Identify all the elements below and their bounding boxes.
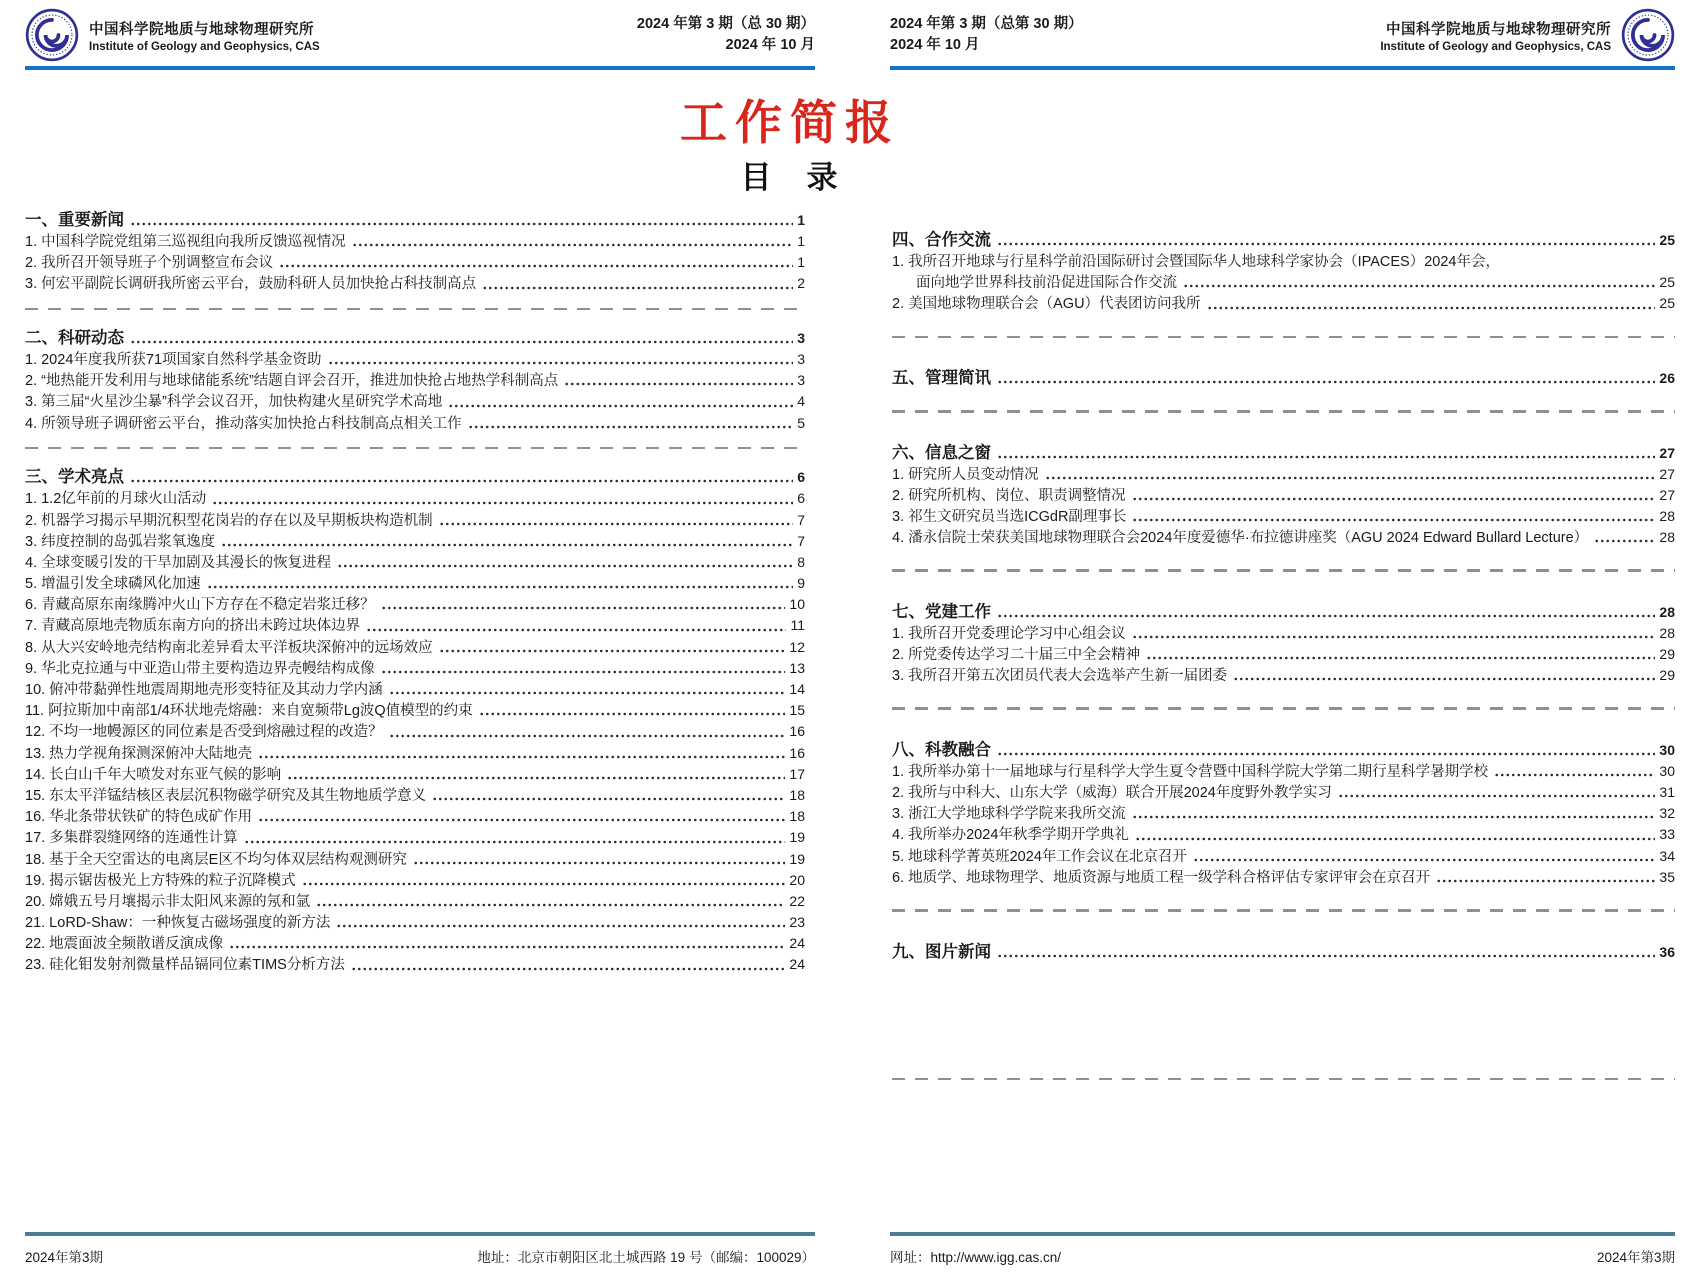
toc-entry: 6. 青藏高原东南缘腾冲火山下方存在不稳定岩浆迁移？10	[25, 593, 805, 614]
toc-entry-title: 21. LoRD-Shaw：一种恢复古磁场强度的新方法	[25, 911, 330, 932]
toc-entry: 4. 潘永信院士荣获美国地球物理联合会2024年度爱德华·布拉德讲座奖（AGU …	[892, 526, 1675, 547]
section-divider	[25, 308, 805, 311]
toc-entry: 13. 热力学视角探测深俯冲大陆地壳16	[25, 742, 805, 763]
toc-entry: 2. 所党委传达学习二十届三中全会精神29	[892, 643, 1675, 664]
page-number: 27	[1659, 466, 1675, 482]
toc-entry: 2. 机器学习揭示早期沉积型花岗岩的存在以及早期板块构造机制7	[25, 509, 805, 530]
dot-leader	[1207, 306, 1656, 310]
dot-leader	[1132, 497, 1656, 501]
toc-section-heading: 四、合作交流25	[892, 226, 1675, 250]
section-divider	[892, 1078, 1675, 1081]
toc-entry-title: 13. 热力学视角探测深俯冲大陆地壳	[25, 742, 252, 763]
dot-leader	[997, 455, 1655, 459]
dot-leader	[221, 543, 793, 547]
toc-entry-title: 1. 我所举办第十一届地球与行星科学大学生夏令营暨中国科学院大学第二期行星科学暑…	[892, 760, 1488, 781]
toc-entry-title: 12. 不均一地幔源区的同位素是否受到熔融过程的改造？	[25, 720, 383, 741]
dot-leader	[316, 903, 785, 907]
dot-leader	[1594, 539, 1655, 543]
dot-leader	[997, 242, 1655, 246]
page-number: 24	[789, 956, 805, 972]
page-number: 16	[789, 745, 805, 761]
toc-entry-title: 4. 我所举办2024年秋季学期开学典礼	[892, 823, 1129, 844]
toc-entry-title: 2. 美国地球物理联合会（AGU）代表团访问我所	[892, 292, 1201, 313]
toc-entry: 2. “地热能开发利用与地球储能系统”结题自评会召开，推进加快抢占地热学科制高点…	[25, 369, 805, 390]
toc-entry: 5. 增温引发全球磷风化加速9	[25, 572, 805, 593]
page-number: 18	[789, 808, 805, 824]
toc-entry: 5. 地球科学菁英班2024年工作会议在北京召开34	[892, 845, 1675, 866]
dot-leader	[468, 425, 794, 429]
bulletin-title: 工作简报	[0, 86, 1580, 153]
toc-entry-title: 七、党建工作	[892, 598, 991, 622]
page-number: 28	[1659, 529, 1675, 545]
toc-entry-title: 22. 地震面波全频散谱反演成像	[25, 932, 223, 953]
issue-number: 2024 年第 3 期（总第 30 期）	[890, 14, 1083, 35]
dot-leader	[439, 649, 786, 653]
page-number: 30	[1659, 742, 1675, 758]
toc-entry: 2. 我所召开领导班子个别调整宣布会议1	[25, 251, 805, 272]
dot-leader	[279, 264, 793, 268]
toc-entry: 4. 所领导班子调研密云平台，推动落实加快抢占科技制高点相关工作5	[25, 412, 805, 433]
toc-entry-title: 1. 中国科学院党组第三巡视组向我所反馈巡视情况	[25, 230, 346, 251]
toc-entry-title: 15. 东太平洋锰结核区表层沉积物磁学研究及其生物地质学意义	[25, 784, 426, 805]
toc-entry-title: 2. 研究所机构、岗位、职责调整情况	[892, 484, 1126, 505]
toc-entry: 1. 我所召开地球与行星科学前沿国际研讨会暨国际华人地球科学家协会（IPACES…	[892, 250, 1675, 271]
page-number: 25	[1659, 295, 1675, 311]
page-number: 28	[1659, 604, 1675, 620]
page-number: 1	[797, 254, 805, 270]
page-number: 11	[790, 617, 805, 633]
page-number: 1	[797, 212, 805, 228]
page-number: 12	[789, 639, 805, 655]
dot-leader	[389, 691, 786, 695]
toc-entry: 4. 我所举办2024年秋季学期开学典礼33	[892, 823, 1675, 844]
page-number: 2	[797, 275, 805, 291]
toc-entry-title: 四、合作交流	[892, 226, 991, 250]
page-number: 19	[789, 851, 805, 867]
institute-name-cn: 中国科学院地质与地球物理研究所	[89, 18, 320, 39]
toc-entry: 2. 我所与中科大、山东大学（威海）联合开展2024年度野外教学实习31	[892, 781, 1675, 802]
dot-leader	[1193, 858, 1656, 862]
toc-entry: 3. 何宏平副院长调研我所密云平台，鼓励科研人员加快抢占科技制高点2	[25, 272, 805, 293]
dot-leader	[432, 797, 785, 801]
toc-entry: 20. 嫦娥五号月壤揭示非太阳风来源的氖和氩22	[25, 890, 805, 911]
institute-names: 中国科学院地质与地球物理研究所 Institute of Geology and…	[89, 18, 320, 53]
page-left-header: 中国科学院地质与地球物理研究所 Institute of Geology and…	[25, 8, 815, 62]
institute-name-en: Institute of Geology and Geophysics, CAS	[89, 41, 320, 53]
footer-website-link[interactable]: 网址：http://www.igg.cas.cn/	[890, 1246, 1061, 1266]
dot-leader	[287, 776, 785, 780]
toc-entry-title: 三、学术亮点	[25, 463, 124, 487]
toc-section-heading: 三、学术亮点6	[25, 463, 805, 487]
page-number: 19	[789, 829, 805, 845]
toc-entry: 4. 全球变暖引发的干旱加剧及其漫长的恢复进程8	[25, 551, 805, 572]
toc-entry-title: 3. 何宏平副院长调研我所密云平台，鼓励科研人员加快抢占科技制高点	[25, 272, 476, 293]
toc-column-right: 四、合作交流251. 我所召开地球与行星科学前沿国际研讨会暨国际华人地球科学家协…	[892, 200, 1675, 1106]
page-number: 5	[797, 415, 805, 431]
toc-entry: 23. 硅化钼发射剂微量样品镉同位素TIMS分析方法24	[25, 953, 805, 974]
section-divider	[892, 410, 1675, 413]
institute-logo-icon	[1621, 8, 1675, 62]
page-number: 10	[789, 596, 805, 612]
dot-leader	[229, 945, 785, 949]
toc-heading: 目 录	[0, 152, 1580, 197]
page-number: 25	[1659, 232, 1675, 248]
toc-entry: 3. 祁生文研究员当选ICGdR副理事长28	[892, 505, 1675, 526]
page-right-header: 2024 年第 3 期（总第 30 期） 2024 年 10 月 中国科学院地质…	[890, 8, 1675, 62]
dot-leader	[997, 380, 1655, 384]
toc-entry-title: 1. 我所召开地球与行星科学前沿国际研讨会暨国际华人地球科学家协会（IPACES…	[892, 250, 1500, 271]
toc-section-heading: 九、图片新闻36	[892, 938, 1675, 962]
page-number: 3	[797, 351, 805, 367]
toc-entry-title: 5. 增温引发全球磷风化加速	[25, 572, 201, 593]
toc-entry-title: 7. 青藏高原地壳物质东南方向的挤出未跨过块体边界	[25, 614, 360, 635]
section-divider	[25, 447, 805, 450]
page-number: 28	[1659, 508, 1675, 524]
page-number: 7	[797, 512, 805, 528]
dot-leader	[1436, 879, 1655, 883]
dot-leader	[381, 670, 786, 674]
section-divider	[892, 569, 1675, 572]
issue-number: 2024 年第 3 期（总 30 期）	[637, 14, 815, 35]
toc-entry-title: 八、科教融合	[892, 736, 991, 760]
issue-date: 2024 年 10 月	[637, 35, 815, 56]
toc-entry: 2. 研究所机构、岗位、职责调整情况27	[892, 484, 1675, 505]
page-number: 7	[797, 533, 805, 549]
dot-leader	[389, 734, 786, 738]
dot-leader	[258, 818, 785, 822]
header-rule-right	[890, 66, 1675, 70]
page-number: 32	[1659, 805, 1675, 821]
toc-entry: 14. 长白山千年大喷发对东亚气候的影响17	[25, 763, 805, 784]
toc-entry: 2. 美国地球物理联合会（AGU）代表团访问我所25	[892, 292, 1675, 313]
institute-logo-icon	[25, 8, 79, 62]
toc-entry-title: 18. 基于全天空雷达的电离层E区不均匀体双层结构观测研究	[25, 848, 407, 869]
toc-entry-title: 14. 长白山千年大喷发对东亚气候的影响	[25, 763, 281, 784]
institute-identity: 中国科学院地质与地球物理研究所 Institute of Geology and…	[25, 8, 320, 62]
toc-entry-title: 一、重要新闻	[25, 206, 124, 230]
toc-section-heading: 二、科研动态3	[25, 324, 805, 348]
page-number: 33	[1659, 826, 1675, 842]
toc-entry-title: 六、信息之窗	[892, 439, 991, 463]
toc-section-heading: 七、党建工作28	[892, 598, 1675, 622]
page-number: 29	[1659, 646, 1675, 662]
institute-identity: 中国科学院地质与地球物理研究所 Institute of Geology and…	[1380, 8, 1675, 62]
dot-leader	[482, 286, 793, 290]
dot-leader	[1132, 635, 1656, 639]
page-number: 23	[789, 914, 805, 930]
dot-leader	[997, 752, 1655, 756]
toc-entry-title: 16. 华北条带状铁矿的特色成矿作用	[25, 805, 252, 826]
dot-leader	[130, 222, 793, 226]
dot-leader	[302, 882, 786, 886]
header-rule-left	[25, 66, 815, 70]
dot-leader	[207, 585, 794, 589]
toc-section-heading: 一、重要新闻1	[25, 206, 805, 230]
page-number: 28	[1659, 625, 1675, 641]
dot-leader	[328, 361, 794, 365]
toc-entry: 3. 我所召开第五次团员代表大会选举产生新一届团委29	[892, 664, 1675, 685]
page-number: 18	[789, 787, 805, 803]
dot-leader	[337, 564, 793, 568]
toc-entry-title: 4. 所领导班子调研密云平台，推动落实加快抢占科技制高点相关工作	[25, 412, 462, 433]
toc-entry-title: 2. 机器学习揭示早期沉积型花岗岩的存在以及早期板块构造机制	[25, 509, 433, 530]
dot-leader	[130, 340, 793, 344]
toc-entry-title: 面向地学世界科技前沿促进国际合作交流	[892, 271, 1177, 292]
page-number: 3	[797, 330, 805, 346]
dot-leader	[212, 501, 793, 505]
page-number: 6	[797, 469, 805, 485]
toc-entry-title: 4. 潘永信院士荣获美国地球物理联合会2024年度爱德华·布拉德讲座奖（AGU …	[892, 526, 1588, 547]
toc-entry-title: 1. 研究所人员变动情况	[892, 463, 1039, 484]
issue-info-left-page: 2024 年第 3 期（总 30 期） 2024 年 10 月	[637, 8, 815, 56]
toc-entry: 6. 地质学、地球物理学、地质资源与地质工程一级学科合格评估专家评审会在京召开3…	[892, 866, 1675, 887]
toc-entry: 11. 阿拉斯加中南部1/4环状地壳熔融：来自宽频带Lg波Q值模型的约束15	[25, 699, 805, 720]
page-number: 13	[789, 660, 805, 676]
page-number: 35	[1659, 869, 1675, 885]
toc-entry-title: 19. 揭示锯齿极光上方特殊的粒子沉降模式	[25, 869, 296, 890]
toc-entry: 1. 中国科学院党组第三巡视组向我所反馈巡视情况1	[25, 230, 805, 251]
toc-entry-title: 9. 华北克拉通与中亚造山带主要构造边界壳幔结构成像	[25, 657, 375, 678]
toc-entry-title: 3. 我所召开第五次团员代表大会选举产生新一届团委	[892, 664, 1227, 685]
section-divider	[892, 909, 1675, 912]
page-left-footer: 2024年第3期 地址：北京市朝阳区北土城西路 19 号（邮编：100029）	[25, 1246, 815, 1266]
issue-date: 2024 年 10 月	[890, 35, 1083, 56]
dot-leader	[439, 522, 794, 526]
toc-entry-title: 2. 所党委传达学习二十届三中全会精神	[892, 643, 1140, 664]
toc-entry-title: 17. 多集群裂缝网络的连通性计算	[25, 826, 238, 847]
toc-entry: 12. 不均一地幔源区的同位素是否受到熔融过程的改造？16	[25, 720, 805, 741]
dot-leader	[1183, 284, 1655, 288]
toc-entry: 1. 1.2亿年前的月球火山活动6	[25, 487, 805, 508]
dot-leader	[366, 628, 786, 632]
toc-entry-title: 五、管理简讯	[892, 364, 991, 388]
toc-entry-title: 8. 从大兴安岭地壳结构南北差异看太平洋板块深俯冲的远场效应	[25, 636, 433, 657]
dot-leader	[997, 614, 1655, 618]
page-number: 9	[797, 575, 805, 591]
dot-leader	[1045, 476, 1656, 480]
toc-section-heading: 五、管理简讯26	[892, 364, 1675, 388]
page-number: 1	[797, 233, 805, 249]
toc-entry: 7. 青藏高原地壳物质东南方向的挤出未跨过块体边界11	[25, 614, 805, 635]
toc-entry-title: 二、科研动态	[25, 324, 124, 348]
page-number: 17	[789, 766, 805, 782]
dot-leader	[1132, 518, 1655, 522]
toc-entry-title: 20. 嫦娥五号月壤揭示非太阳风来源的氖和氩	[25, 890, 310, 911]
toc-entry-title: 3. 第三届“火星沙尘暴”科学会议召开，加快构建火星研究学术高地	[25, 390, 442, 411]
toc-entry: 18. 基于全天空雷达的电离层E区不均匀体双层结构观测研究19	[25, 848, 805, 869]
page-number: 22	[789, 893, 805, 909]
institute-names: 中国科学院地质与地球物理研究所 Institute of Geology and…	[1380, 18, 1611, 53]
toc-entry-title: 5. 地球科学菁英班2024年工作会议在北京召开	[892, 845, 1187, 866]
toc-entry: 1. 研究所人员变动情况27	[892, 463, 1675, 484]
toc-entry: 19. 揭示锯齿极光上方特殊的粒子沉降模式20	[25, 869, 805, 890]
toc-entry-title: 1. 我所召开党委理论学习中心组会议	[892, 622, 1126, 643]
toc-entry: 15. 东太平洋锰结核区表层沉积物磁学研究及其生物地质学意义18	[25, 784, 805, 805]
issue-info-right-page: 2024 年第 3 期（总第 30 期） 2024 年 10 月	[890, 8, 1083, 56]
page-number: 27	[1659, 445, 1675, 461]
toc-entry: 16. 华北条带状铁矿的特色成矿作用18	[25, 805, 805, 826]
page-number: 25	[1659, 274, 1675, 290]
page-number: 36	[1659, 944, 1675, 960]
dot-leader	[381, 606, 786, 610]
dot-leader	[258, 755, 785, 759]
page-number: 4	[797, 393, 805, 409]
toc-entry-title: 3. 祁生文研究员当选ICGdR副理事长	[892, 505, 1126, 526]
toc-entry: 10. 俯冲带黏弹性地震周期地壳形变特征及其动力学内涵14	[25, 678, 805, 699]
page-number: 8	[797, 554, 805, 570]
page-number: 27	[1659, 487, 1675, 503]
page-number: 20	[789, 872, 805, 888]
page-number: 30	[1659, 763, 1675, 779]
page-number: 14	[789, 681, 805, 697]
toc-entry-title: 九、图片新闻	[892, 938, 991, 962]
dot-leader	[997, 954, 1655, 958]
toc-entry-title: 10. 俯冲带黏弹性地震周期地壳形变特征及其动力学内涵	[25, 678, 383, 699]
page-number: 29	[1659, 667, 1675, 683]
footer-issue-label: 2024年第3期	[25, 1246, 103, 1266]
toc-entry: 3. 纬度控制的岛弧岩浆氧逸度7	[25, 530, 805, 551]
toc-entry-title: 6. 青藏高原东南缘腾冲火山下方存在不稳定岩浆迁移？	[25, 593, 375, 614]
dot-leader	[479, 712, 786, 716]
institute-name-cn: 中国科学院地质与地球物理研究所	[1380, 18, 1611, 39]
dot-leader	[1135, 837, 1656, 841]
toc-entry: 22. 地震面波全频散谱反演成像24	[25, 932, 805, 953]
dot-leader	[1494, 773, 1655, 777]
page-number: 24	[789, 935, 805, 951]
dot-leader	[1233, 677, 1655, 681]
toc-column-left: 一、重要新闻11. 中国科学院党组第三巡视组向我所反馈巡视情况12. 我所召开领…	[25, 200, 805, 975]
page-number: 34	[1659, 848, 1675, 864]
toc-entry: 9. 华北克拉通与中亚造山带主要构造边界壳幔结构成像13	[25, 657, 805, 678]
page-number: 31	[1659, 784, 1675, 800]
section-divider	[892, 336, 1675, 339]
toc-entry: 1. 2024年度我所获71项国家自然科学基金资助3	[25, 348, 805, 369]
dot-leader	[1132, 815, 1656, 819]
toc-entry-title: 3. 纬度控制的岛弧岩浆氧逸度	[25, 530, 215, 551]
toc-section-heading: 六、信息之窗27	[892, 439, 1675, 463]
dot-leader	[351, 967, 786, 971]
toc-entry-title: 2. “地热能开发利用与地球储能系统”结题自评会召开，推进加快抢占地热学科制高点	[25, 369, 558, 390]
toc-entry-title: 4. 全球变暖引发的干旱加剧及其漫长的恢复进程	[25, 551, 331, 572]
toc-entry: 1. 我所举办第十一届地球与行星科学大学生夏令营暨中国科学院大学第二期行星科学暑…	[892, 760, 1675, 781]
footer-address: 地址：北京市朝阳区北土城西路 19 号（邮编：100029）	[477, 1246, 815, 1266]
toc-entry-title: 2. 我所与中科大、山东大学（威海）联合开展2024年度野外教学实习	[892, 781, 1332, 802]
dot-leader	[244, 840, 786, 844]
dot-leader	[1338, 794, 1656, 798]
dot-leader	[1146, 656, 1655, 660]
toc-entry-title: 2. 我所召开领导班子个别调整宣布会议	[25, 251, 273, 272]
page-number: 6	[797, 490, 805, 506]
toc-section-heading: 八、科教融合30	[892, 736, 1675, 760]
dot-leader	[336, 924, 785, 928]
toc-entry: 1. 我所召开党委理论学习中心组会议28	[892, 622, 1675, 643]
toc-entry-title: 1. 2024年度我所获71项国家自然科学基金资助	[25, 348, 322, 369]
page-number: 3	[797, 372, 805, 388]
page-number: 26	[1659, 370, 1675, 386]
toc-entry: 21. LoRD-Shaw：一种恢复古磁场强度的新方法23	[25, 911, 805, 932]
toc-entry-title: 3. 浙江大学地球科学学院来我所交流	[892, 802, 1126, 823]
dot-leader	[564, 382, 793, 386]
toc-entry: 8. 从大兴安岭地壳结构南北差异看太平洋板块深俯冲的远场效应12	[25, 636, 805, 657]
toc-entry-title: 11. 阿拉斯加中南部1/4环状地壳熔融：来自宽频带Lg波Q值模型的约束	[25, 699, 473, 720]
toc-entry-title: 6. 地质学、地球物理学、地质资源与地质工程一级学科合格评估专家评审会在京召开	[892, 866, 1430, 887]
page-right-footer: 网址：http://www.igg.cas.cn/ 2024年第3期	[890, 1246, 1675, 1266]
toc-entry: 3. 浙江大学地球科学学院来我所交流32	[892, 802, 1675, 823]
footer-rule-right	[890, 1232, 1675, 1236]
footer-rule-left	[25, 1232, 815, 1236]
dot-leader	[448, 404, 793, 408]
footer-issue-label: 2024年第3期	[1597, 1246, 1675, 1266]
institute-name-en: Institute of Geology and Geophysics, CAS	[1380, 41, 1611, 53]
dot-leader	[413, 861, 786, 865]
page-number: 16	[789, 723, 805, 739]
toc-entry-title: 1. 1.2亿年前的月球火山活动	[25, 487, 206, 508]
toc-entry-title: 23. 硅化钼发射剂微量样品镉同位素TIMS分析方法	[25, 953, 345, 974]
toc-entry: 3. 第三届“火星沙尘暴”科学会议召开，加快构建火星研究学术高地4	[25, 390, 805, 411]
dot-leader	[352, 243, 794, 247]
toc-entry: 面向地学世界科技前沿促进国际合作交流25	[892, 271, 1675, 292]
dot-leader	[130, 479, 793, 483]
page-number: 15	[789, 702, 805, 718]
section-divider	[892, 707, 1675, 710]
toc-entry: 17. 多集群裂缝网络的连通性计算19	[25, 826, 805, 847]
